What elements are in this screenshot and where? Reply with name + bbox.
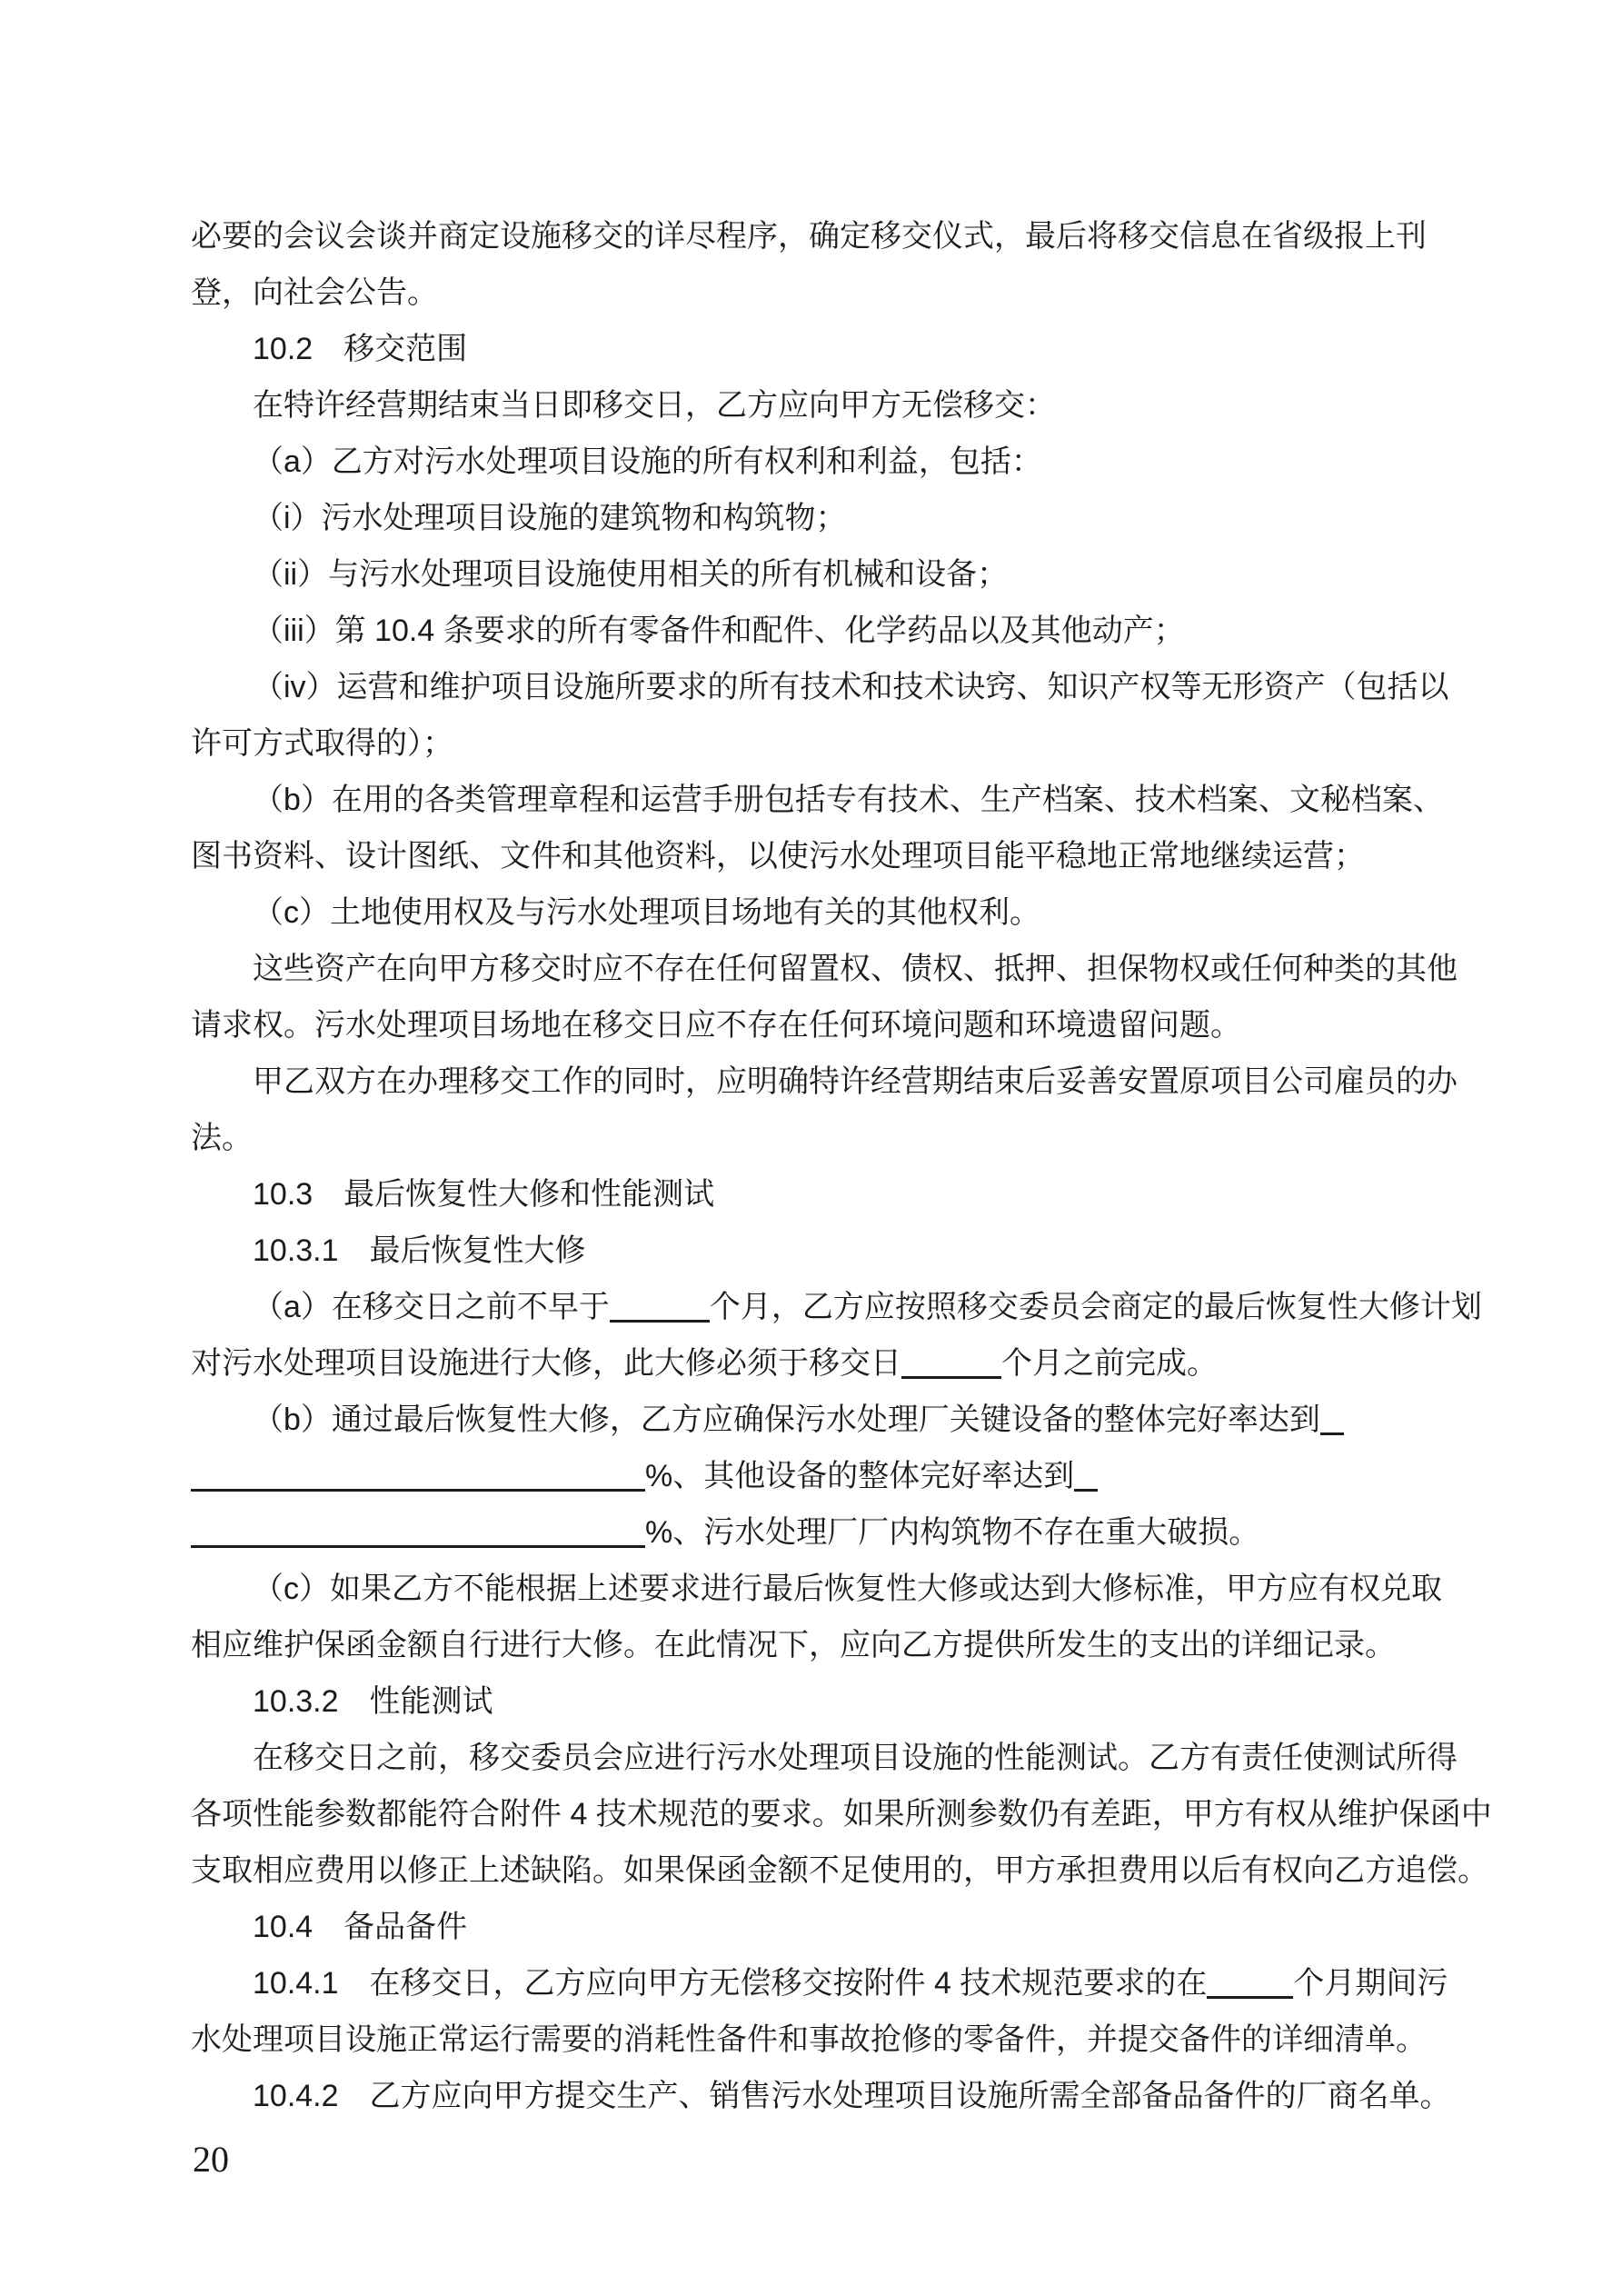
paragraph-line: 10.4.1 在移交日，乙方应向甲方无偿移交按附件 4 技术规范要求的在个月期间… (191, 1955, 1440, 2011)
paragraph-line: 10.4.2 乙方应向甲方提交生产、销售污水处理项目设施所需全部备品备件的厂商名… (191, 2068, 1440, 2124)
text-segment: 10.2 移交范围 (253, 332, 467, 366)
paragraph-line: 10.3.1 最后恢复性大修 (191, 1223, 1440, 1279)
paragraph-line: （ii）与污水处理项目设施使用相关的所有机械和设备； (191, 546, 1440, 603)
paragraph-line: （b）在用的各类管理章程和运营手册包括专有技术、生产档案、技术档案、文秘档案、 (191, 772, 1440, 828)
paragraph-line: 这些资产在向甲方移交时应不存在任何留置权、债权、抵押、担保物权或任何种类的其他 (191, 941, 1440, 997)
paragraph-line: 在特许经营期结束当日即移交日，乙方应向甲方无偿移交： (191, 377, 1440, 434)
text-segment: %、污水处理厂厂内构筑物不存在重大破损。 (645, 1515, 1259, 1550)
paragraph-line: 10.4 备品备件 (191, 1899, 1440, 1955)
paragraph-line: （a）在移交日之前不早于个月，乙方应按照移交委员会商定的最后恢复性大修计划 (191, 1279, 1440, 1335)
text-segment: %、其他设备的整体完好率达到 (645, 1459, 1074, 1493)
text-segment: （c）土地使用权及与污水处理项目场地有关的其他权利。 (253, 895, 1040, 930)
paragraph-line: 10.3 最后恢复性大修和性能测试 (191, 1166, 1440, 1223)
text-segment: 甲乙双方在办理移交工作的同时，应明确特许经营期结束后妥善安置原项目公司雇员的办 (253, 1064, 1458, 1099)
paragraph-line: （c）土地使用权及与污水处理项目场地有关的其他权利。 (191, 884, 1440, 941)
text-segment: 个月，乙方应按照移交委员会商定的最后恢复性大修计划 (710, 1290, 1482, 1324)
paragraph-line: （b）通过最后恢复性大修，乙方应确保污水处理厂关键设备的整体完好率达到 (191, 1392, 1440, 1448)
document-page: 必要的会议会谈并商定设施移交的详尽程序，确定移交仪式，最后将移交信息在省级报上刊… (0, 0, 1622, 2296)
text-segment: （b）在用的各类管理章程和运营手册包括专有技术、生产档案、技术档案、文秘档案、 (253, 783, 1444, 817)
paragraph-line: 10.2 移交范围 (191, 321, 1440, 377)
text-segment: 10.4 备品备件 (253, 1910, 467, 1944)
text-segment: （iv）运营和维护项目设施所要求的所有技术和技术诀窍、知识产权等无形资产（包括以 (253, 670, 1449, 704)
text-segment: 10.3.2 性能测试 (253, 1684, 493, 1719)
paragraph-line: 相应维护保函金额自行进行大修。在此情况下，应向乙方提供所发生的支出的详细记录。 (191, 1617, 1440, 1673)
paragraph-line: （iv）运营和维护项目设施所要求的所有技术和技术诀窍、知识产权等无形资产（包括以 (191, 659, 1440, 715)
text-segment: （c）如果乙方不能根据上述要求进行最后恢复性大修或达到大修标准，甲方应有权兑取 (253, 1572, 1442, 1606)
text-segment: 必要的会议会谈并商定设施移交的详尽程序，确定移交仪式，最后将移交信息在省级报上刊 (191, 219, 1427, 254)
blank-underline-field (1207, 1996, 1293, 1999)
paragraph-line: （c）如果乙方不能根据上述要求进行最后恢复性大修或达到大修标准，甲方应有权兑取 (191, 1561, 1440, 1617)
text-segment: （iii）第 10.4 条要求的所有零备件和配件、化学药品以及其他动产； (253, 614, 1185, 648)
text-segment: 在特许经营期结束当日即移交日，乙方应向甲方无偿移交： (253, 388, 1056, 423)
blank-underline-field (191, 1545, 645, 1548)
paragraph-line: 支取相应费用以修正上述缺陷。如果保函金额不足使用的，甲方承担费用以后有权向乙方追… (191, 1842, 1440, 1899)
text-segment: 10.4.2 乙方应向甲方提交生产、销售污水处理项目设施所需全部备品备件的厂商名… (253, 2079, 1451, 2113)
text-segment: （ii）与污水处理项目设施使用相关的所有机械和设备； (253, 557, 1008, 592)
paragraph-line: %、污水处理厂厂内构筑物不存在重大破损。 (191, 1504, 1440, 1561)
text-segment: 请求权。污水处理项目场地在移交日应不存在任何环境问题和环境遗留问题。 (191, 1008, 1241, 1043)
text-segment: （i）污水处理项目设施的建筑物和构筑物； (253, 501, 847, 535)
paragraph-line: %、其他设备的整体完好率达到 (191, 1448, 1440, 1504)
paragraph-line: 必要的会议会谈并商定设施移交的详尽程序，确定移交仪式，最后将移交信息在省级报上刊 (191, 208, 1440, 265)
text-segment: 支取相应费用以修正上述缺陷。如果保函金额不足使用的，甲方承担费用以后有权向乙方追… (191, 1853, 1488, 1888)
paragraph-line: 请求权。污水处理项目场地在移交日应不存在任何环境问题和环境遗留问题。 (191, 997, 1440, 1053)
blank-underline-field (1320, 1433, 1344, 1435)
paragraph-line: 在移交日之前，移交委员会应进行污水处理项目设施的性能测试。乙方有责任使测试所得 (191, 1730, 1440, 1786)
paragraph-line: 许可方式取得的）； (191, 715, 1440, 772)
text-segment: 许可方式取得的）； (191, 726, 453, 761)
paragraph-line: 图书资料、设计图纸、文件和其他资料，以使污水处理项目能平稳地正常地继续运营； (191, 828, 1440, 884)
text-segment: 各项性能参数都能符合附件 4 技术规范的要求。如果所测参数仍有差距，甲方有权从维… (191, 1797, 1492, 1832)
text-segment: 个月之前完成。 (1001, 1346, 1218, 1381)
text-segment: （a）在移交日之前不早于 (253, 1290, 610, 1324)
blank-underline-field (1074, 1489, 1098, 1492)
paragraph-line: 水处理项目设施正常运行需要的消耗性备件和事故抢修的零备件，并提交备件的详细清单。 (191, 2011, 1440, 2068)
paragraph-line: 各项性能参数都能符合附件 4 技术规范的要求。如果所测参数仍有差距，甲方有权从维… (191, 1786, 1440, 1842)
document-body: 必要的会议会谈并商定设施移交的详尽程序，确定移交仪式，最后将移交信息在省级报上刊… (191, 208, 1440, 2124)
paragraph-line: 甲乙双方在办理移交工作的同时，应明确特许经营期结束后妥善安置原项目公司雇员的办 (191, 1053, 1440, 1110)
text-segment: 对污水处理项目设施进行大修，此大修必须于移交日 (191, 1346, 901, 1381)
text-segment: 个月期间污 (1293, 1966, 1448, 2001)
paragraph-line: 登，向社会公告。 (191, 265, 1440, 321)
text-segment: （a）乙方对污水处理项目设施的所有权利和利益，包括： (253, 444, 1042, 479)
blank-underline-field (901, 1376, 1001, 1379)
page-number: 20 (193, 2138, 229, 2181)
text-segment: 水处理项目设施正常运行需要的消耗性备件和事故抢修的零备件，并提交备件的详细清单。 (191, 2022, 1427, 2057)
text-segment: 10.3 最后恢复性大修和性能测试 (253, 1177, 714, 1212)
text-segment: 在移交日之前，移交委员会应进行污水处理项目设施的性能测试。乙方有责任使测试所得 (253, 1741, 1458, 1775)
paragraph-line: 10.3.2 性能测试 (191, 1673, 1440, 1730)
text-segment: （b）通过最后恢复性大修，乙方应确保污水处理厂关键设备的整体完好率达到 (253, 1403, 1320, 1437)
paragraph-line: 对污水处理项目设施进行大修，此大修必须于移交日个月之前完成。 (191, 1335, 1440, 1392)
text-segment: 图书资料、设计图纸、文件和其他资料，以使污水处理项目能平稳地正常地继续运营； (191, 839, 1365, 873)
blank-underline-field (610, 1320, 710, 1323)
text-segment: 这些资产在向甲方移交时应不存在任何留置权、债权、抵押、担保物权或任何种类的其他 (253, 952, 1458, 986)
paragraph-line: 法。 (191, 1110, 1440, 1166)
blank-underline-field (191, 1489, 645, 1492)
text-segment: 法。 (191, 1121, 253, 1155)
text-segment: 10.4.1 在移交日，乙方应向甲方无偿移交按附件 4 技术规范要求的在 (253, 1966, 1207, 2001)
text-segment: 10.3.1 最后恢复性大修 (253, 1233, 586, 1268)
paragraph-line: （i）污水处理项目设施的建筑物和构筑物； (191, 490, 1440, 546)
paragraph-line: （a）乙方对污水处理项目设施的所有权利和利益，包括： (191, 434, 1440, 490)
paragraph-line: （iii）第 10.4 条要求的所有零备件和配件、化学药品以及其他动产； (191, 603, 1440, 659)
text-segment: 登，向社会公告。 (191, 275, 438, 310)
text-segment: 相应维护保函金额自行进行大修。在此情况下，应向乙方提供所发生的支出的详细记录。 (191, 1628, 1396, 1662)
